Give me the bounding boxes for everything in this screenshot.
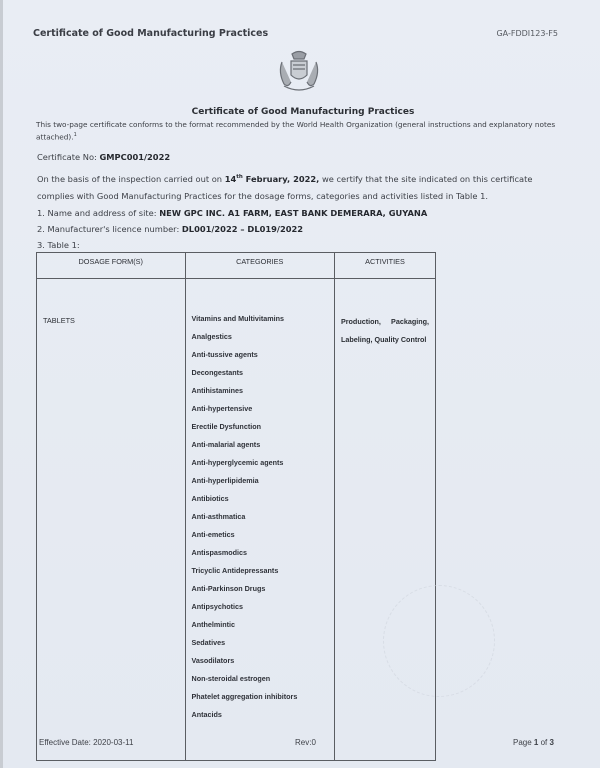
table-row: TABLETS Vitamins and MultivitaminsAnalge… (37, 279, 436, 761)
category-item: Analgestics (192, 331, 334, 349)
header-title: Certificate of Good Manufacturing Practi… (33, 28, 268, 39)
header-categories: CATEGORIES (185, 253, 334, 279)
revision: Rev:0 (295, 738, 316, 747)
category-item: Antispasmodics (192, 547, 334, 565)
certificate-page: Certificate of Good Manufacturing Practi… (0, 0, 600, 768)
effective-date: Effective Date: 2020-03-11 (39, 738, 133, 747)
category-item: Erectile Dysfunction (192, 421, 334, 439)
category-item: Anti-hyperlipidemia (192, 475, 334, 493)
header-activities: ACTIVITIES (334, 253, 435, 279)
table-label: 3. Table 1: (37, 240, 80, 250)
category-item: Anti-malarial agents (192, 439, 334, 457)
category-item: Antipsychotics (192, 601, 334, 619)
category-item: Anti-hypertensive (192, 403, 334, 421)
category-item: Tricyclic Antidepressants (192, 565, 334, 583)
category-item: Antihistamines (192, 385, 334, 403)
category-item: Anti-emetics (192, 529, 334, 547)
category-item: Phatelet aggregation inhibitors (192, 691, 334, 709)
document-title: Certificate of Good Manufacturing Practi… (3, 107, 600, 117)
intro-paragraph: This two-page certificate conforms to th… (36, 119, 581, 142)
category-item: Anti-asthmatica (192, 511, 334, 529)
header-dosage-forms: DOSAGE FORM(S) (37, 253, 186, 279)
dosage-form-cell: TABLETS (37, 279, 186, 761)
page-number: Page 1 of 3 (513, 738, 554, 747)
licence-number: 2. Manufacturer's licence number: DL001/… (37, 224, 303, 234)
category-item: Anti-hyperglycemic agents (192, 457, 334, 475)
inspection-basis-line2: complies with Good Manufacturing Practic… (37, 191, 488, 201)
category-item: Anti-Parkinson Drugs (192, 583, 334, 601)
category-item: Vasodilators (192, 655, 334, 673)
form-code: GA-FDDI123-F5 (496, 29, 558, 38)
site-name-address: 1. Name and address of site: NEW GPC INC… (37, 208, 427, 218)
category-item: Sedatives (192, 637, 334, 655)
category-item: Antibiotics (192, 493, 334, 511)
certificate-number: Certificate No: GMPC001/2022 (37, 152, 170, 162)
categories-cell: Vitamins and MultivitaminsAnalgesticsAnt… (185, 279, 334, 761)
category-item: Anthelmintic (192, 619, 334, 637)
category-item: Antacids (192, 709, 334, 727)
gmp-table: DOSAGE FORM(S) CATEGORIES ACTIVITIES TAB… (36, 252, 436, 761)
category-item: Decongestants (192, 367, 334, 385)
embossed-seal-icon (383, 585, 495, 697)
coat-of-arms-icon (274, 48, 324, 96)
category-item: Vitamins and Multivitamins (192, 313, 334, 331)
inspection-basis-line1: On the basis of the inspection carried o… (37, 174, 532, 184)
category-item: Anti-tussive agents (192, 349, 334, 367)
category-item: Non-steroidal estrogen (192, 673, 334, 691)
